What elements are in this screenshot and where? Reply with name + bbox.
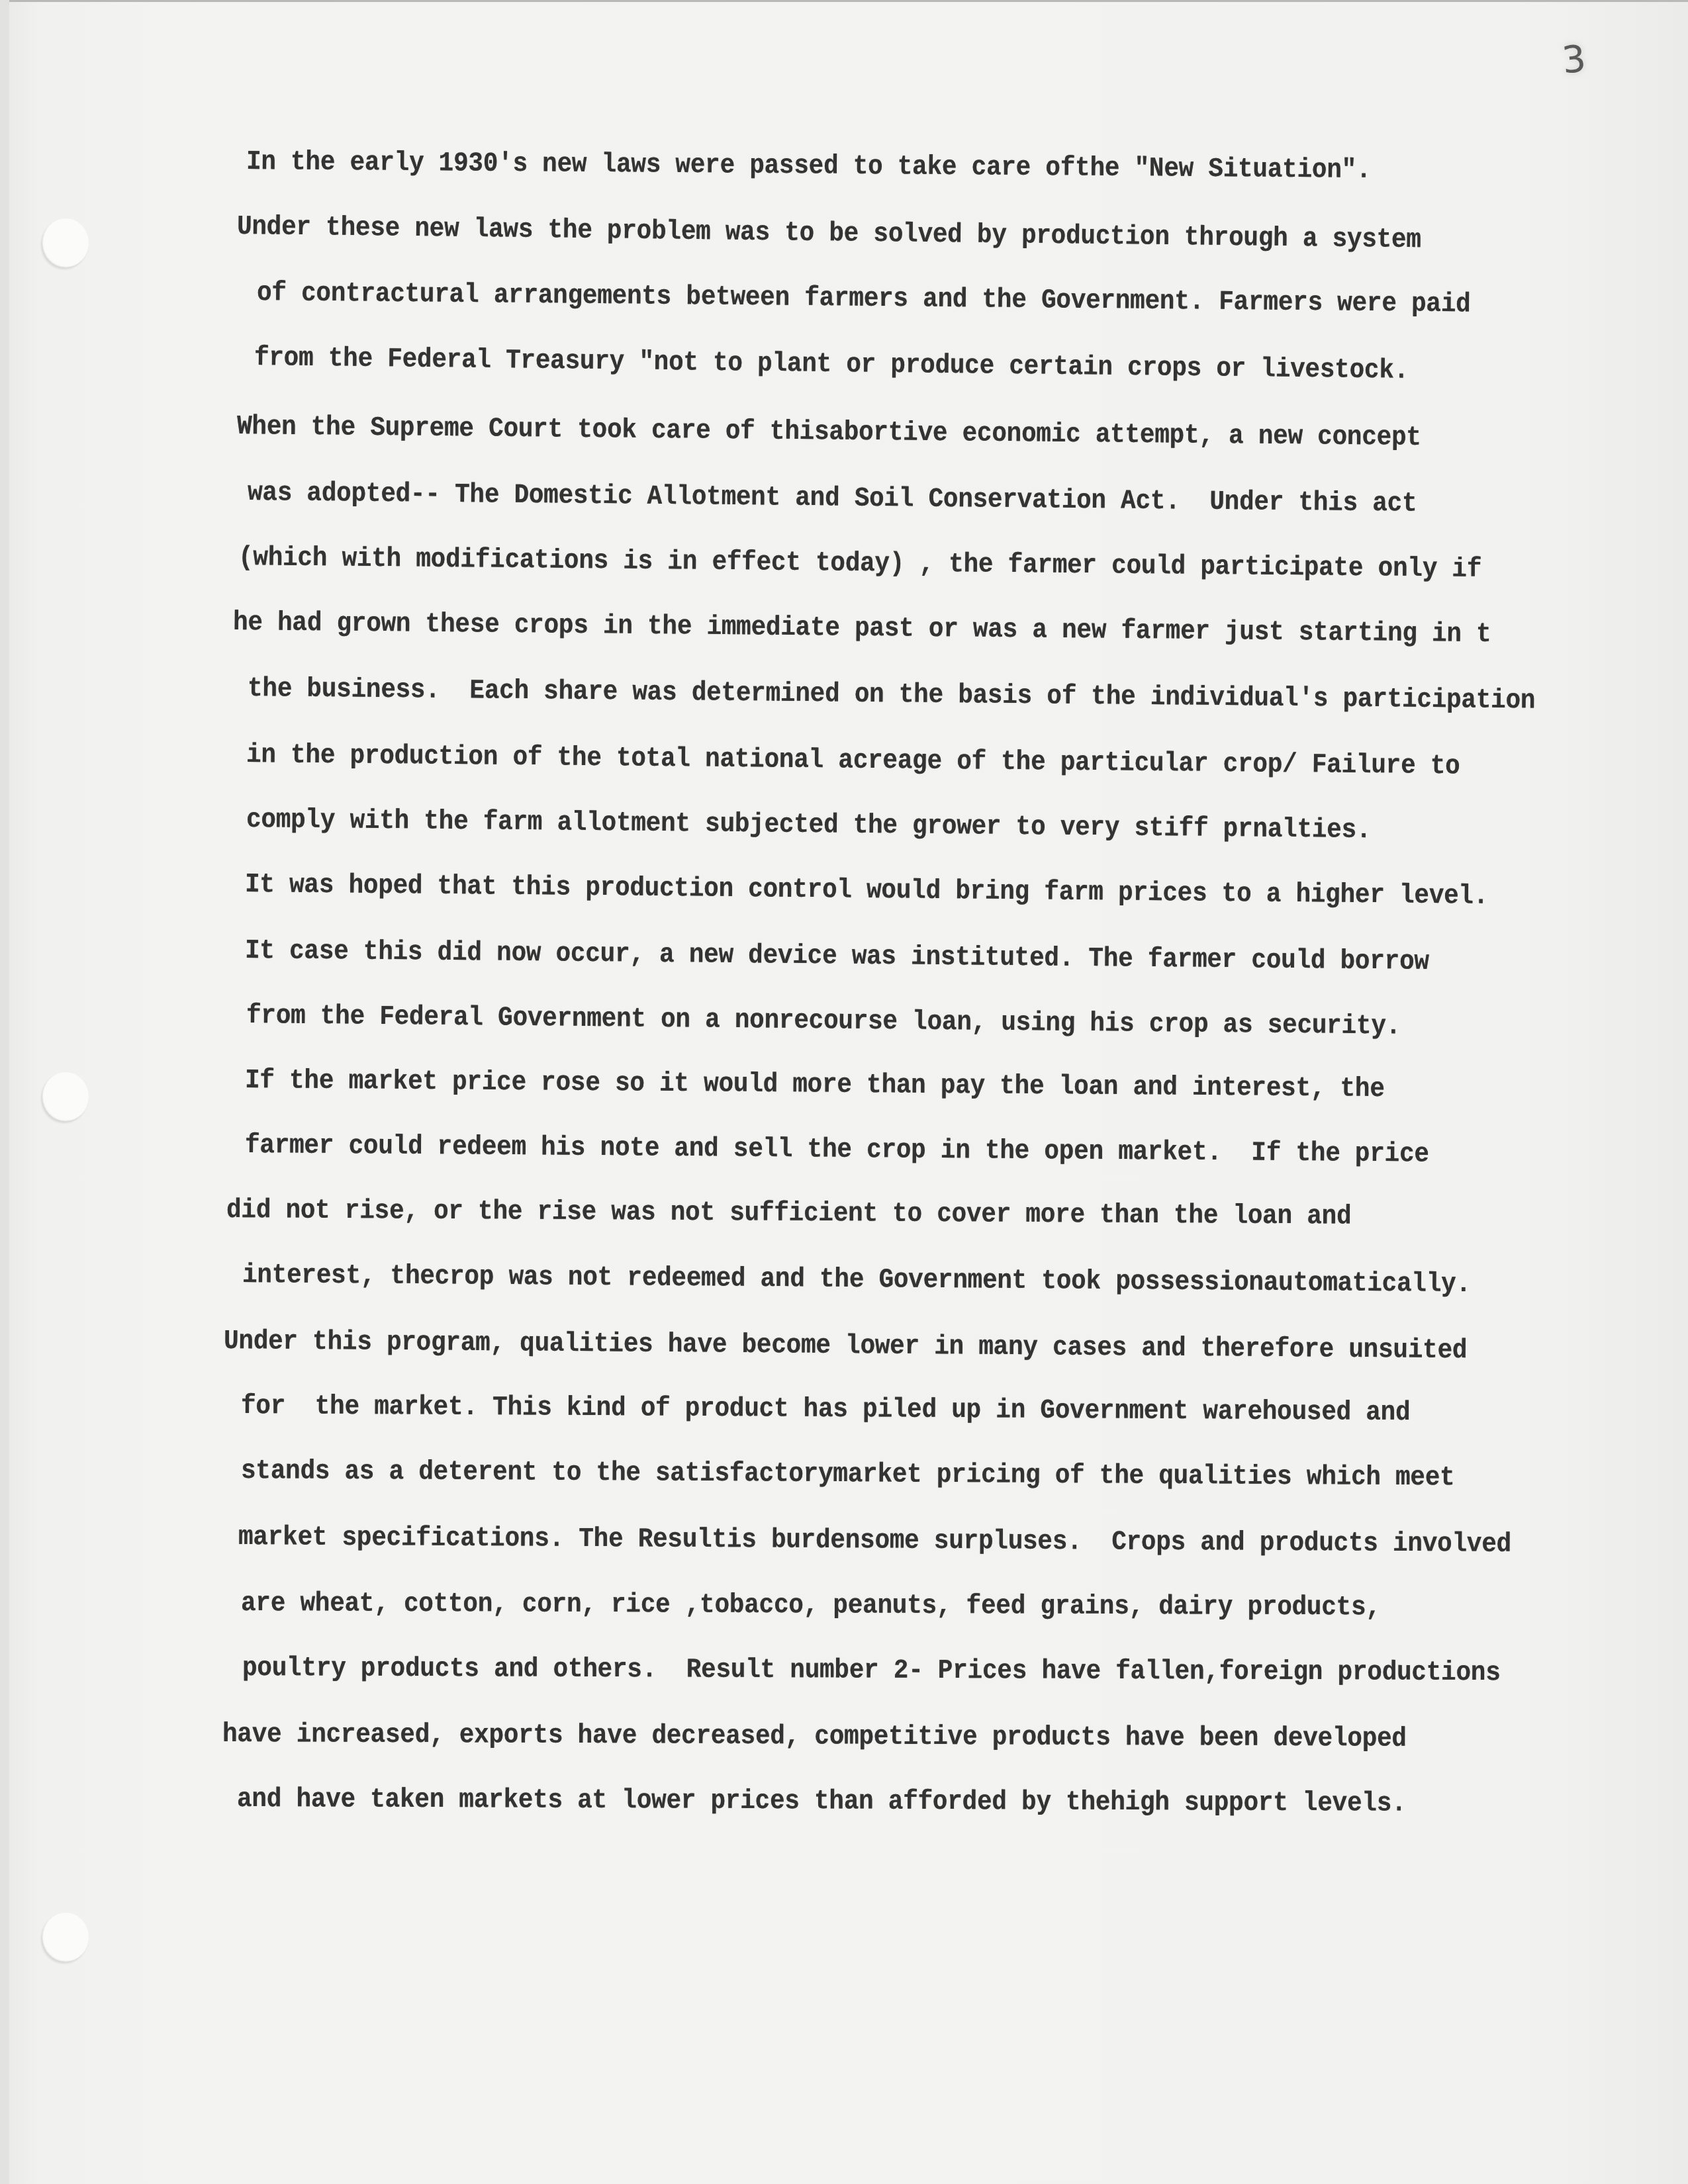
text-line: It case this did now occur, a new device…: [245, 936, 1429, 978]
text-line: he had grown these crops in the immediat…: [233, 608, 1491, 650]
text-line: for the market. This kind of product has…: [241, 1391, 1411, 1428]
punch-hole-top: [42, 218, 89, 267]
text-line: are wheat, cotton, corn, rice ,tobacco, …: [241, 1588, 1381, 1623]
punch-hole-middle: [42, 1072, 89, 1121]
text-line: from the Federal Treasury "not to plant …: [254, 343, 1409, 387]
text-line: have increased, exports have decreased, …: [222, 1719, 1407, 1754]
text-line: was adopted-- The Domestic Allotment and…: [248, 478, 1417, 520]
text-line: and have taken markets at lower prices t…: [237, 1784, 1407, 1819]
text-line: poultry products and others. Result numb…: [242, 1653, 1501, 1688]
text-line: the business. Each share was determined …: [248, 674, 1536, 716]
page-left-edge: [0, 0, 9, 2184]
text-line: did not rise, or the rise was not suffic…: [226, 1195, 1352, 1232]
text-line: If the market price rose so it would mor…: [245, 1066, 1385, 1105]
punch-hole-bottom: [42, 1913, 89, 1962]
text-line: of contractural arrangements between far…: [257, 278, 1471, 320]
handwritten-page-number: 3: [1560, 37, 1588, 82]
page-top-edge: [0, 0, 1688, 2]
text-line: stands as a deterent to the satisfactory…: [241, 1456, 1455, 1493]
text-line: In the early 1930's new laws were passed…: [246, 147, 1372, 186]
text-line: farmer could redeem his note and sell th…: [245, 1130, 1429, 1170]
document-page: 3 In the early 1930's new laws were pass…: [0, 0, 1688, 2184]
text-line: comply with the farm allotment subjected…: [246, 805, 1372, 846]
text-line: in the production of the total national …: [246, 740, 1460, 782]
text-line: market specifications. The Resultis burd…: [238, 1522, 1511, 1560]
text-line: It was hoped that this production contro…: [245, 870, 1489, 912]
text-line: Under these new laws the problem was to …: [237, 212, 1421, 255]
text-line: Under this program, qualities have becom…: [224, 1326, 1467, 1366]
text-line: from the Federal Government on a nonreco…: [246, 1001, 1401, 1042]
text-line: (which with modifications is in effect t…: [238, 543, 1482, 585]
text-line: When the Supreme Court took care of this…: [237, 412, 1421, 453]
text-line: interest, thecrop was not redeemed and t…: [242, 1260, 1471, 1300]
